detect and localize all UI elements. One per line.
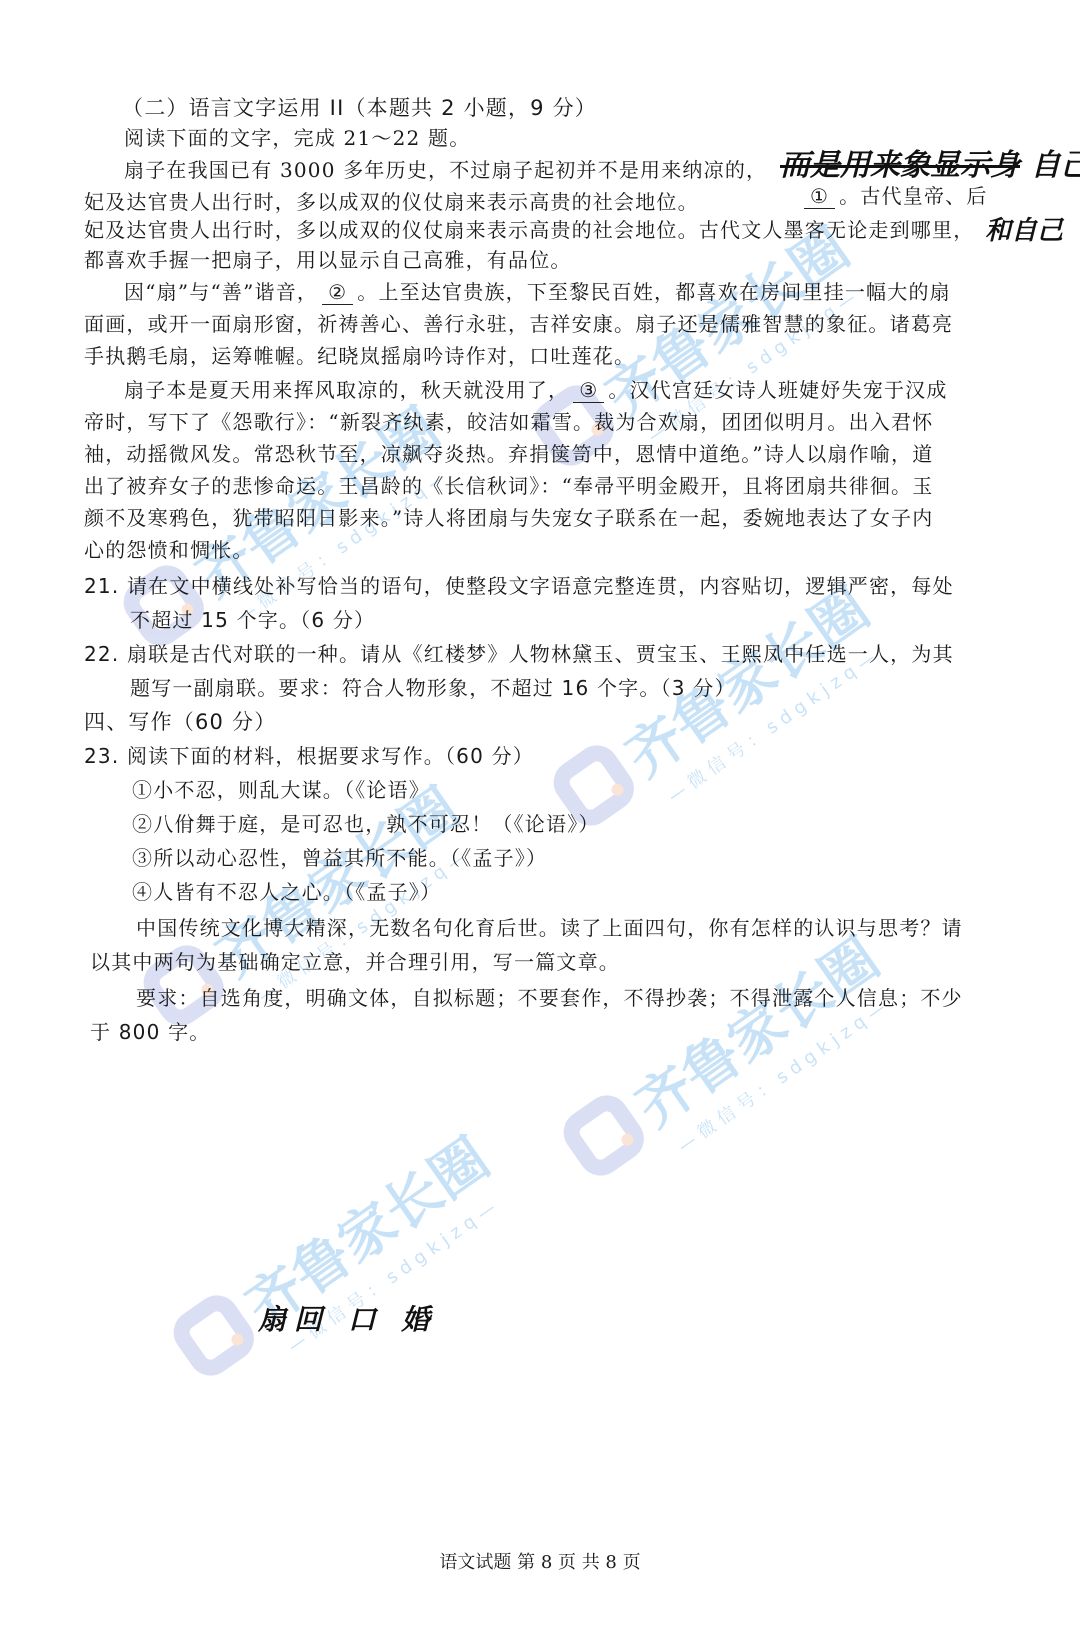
watermark-logo-icon [555, 1087, 652, 1184]
passage-line: 扇子在我国已有 3000 多年历史，不过扇子起初并不是用来纳凉的， [124, 154, 767, 183]
quote-4: ④人皆有不忍人之心。（《孟子》） [132, 876, 441, 905]
quote-2: ②八佾舞于庭，是可忍也，孰不可忍！（《论语》） [132, 808, 600, 837]
question-22-cont: 题写一副扇联。要求：符合人物形象，不超过 16 个字。（3 分） [130, 672, 736, 701]
passage-line: 面画，或开一面扇形窗，祈祷善心、善行永驻，吉祥安康。扇子还是儒雅智慧的象征。诸葛… [84, 308, 953, 337]
page-footer: 语文试题 第 8 页 共 8 页 [0, 1548, 1080, 1574]
passage-line: 颜不及寒鸦色，犹带昭阳日影来。”诗人将团扇与失宠女子联系在一起，委婉地表达了女子… [84, 502, 933, 531]
passage-line: 妃及达官贵人出行时，多以成双的仪仗扇来表示高贵的社会地位。古代文人墨客无论走到哪… [84, 186, 699, 215]
quote-3: ③所以动心忍性，曾益其所不能。（《孟子》） [132, 842, 547, 871]
passage-line: 帝时，写下了《怨歌行》：“新裂齐纨素，皎洁如霜雪。裁为合欢扇，团团似明月。出入君… [84, 406, 933, 435]
writing-requirements: 要求：自选角度，明确文体，自拟标题；不要套作，不得抄袭；不得泄露个人信息；不少 [136, 982, 963, 1011]
exam-page: 齐鲁家长圈 —微信号：sdgkjzq— 齐鲁家长圈 —微信号：sdgkjzq— … [0, 0, 1080, 1628]
writing-requirements-cont: 于 800 字。 [90, 1016, 211, 1045]
passage-line: ①。古代皇帝、后 [800, 180, 988, 209]
blank-2: ② [322, 280, 353, 305]
writing-prompt-cont: 以其中两句为基础确定立意，并合理引用，写一篇文章。 [90, 946, 620, 975]
passage-line: 都喜欢手握一把扇子，用以显示自己高雅，有品位。 [84, 244, 572, 273]
passage-line: 袖，动摇微风发。常恐秋节至，凉飙夺炎热。弃捐箧笥中，恩情中道绝。”诗人以扇作喻，… [84, 438, 933, 467]
question-21-cont: 不超过 15 个字。（6 分） [130, 604, 375, 633]
passage-line: 手执鹅毛扇，运筹帷幄。纪晓岚摇扇吟诗作对，口吐莲花。 [84, 340, 635, 369]
handwritten-scribble: 扇回 口 婚 [258, 1298, 438, 1338]
instruction: 阅读下面的文字，完成 21～22 题。 [124, 122, 470, 151]
writing-section-header: 四、写作（60 分） [84, 706, 276, 736]
handwritten-answer-1: 而是用来象显示身 自己 [780, 140, 1080, 184]
blank-1: ① [804, 184, 835, 209]
handwritten-margin-note: 和自己 [985, 210, 1063, 247]
blank-3: ③ [573, 378, 604, 403]
passage-line: 心的怨愤和惆怅。 [84, 534, 254, 563]
passage-line: 扇子本是夏天用来挥风取凉的，秋天就没用了，③。汉代宫廷女诗人班婕妤失宠于汉成 [124, 374, 948, 403]
writing-prompt: 中国传统文化博大精深，无数名句化育后世。读了上面四句，你有怎样的认识与思考？请 [136, 912, 963, 941]
question-23: 23. 阅读下面的材料，根据要求写作。（60 分） [84, 740, 534, 769]
passage-line: 出了被弃女子的悲惨命运。王昌龄的《长信秋词》：“奉帚平明金殿开，且将团扇共徘徊。… [84, 470, 933, 499]
section-header: （二）语言文字运用 II（本题共 2 小题，9 分） [122, 92, 597, 122]
question-22: 22. 扇联是古代对联的一种。请从《红楼梦》人物林黛玉、贾宝玉、王熙凤中任选一人… [84, 638, 954, 667]
watermark-logo-icon [165, 1287, 262, 1384]
passage-line: 妃及达官贵人出行时，多以成双的仪仗扇来表示高贵的社会地位。古代文人墨客无论走到哪… [84, 214, 974, 243]
question-21: 21. 请在文中横线处补写恰当的语句，使整段文字语意完整连贯，内容贴切，逻辑严密… [84, 570, 954, 599]
watermark: 齐鲁家长圈 —微信号：sdgkjzq— [162, 1116, 518, 1409]
passage-line: 因“扇”与“善”谐音，②。上至达官贵族，下至黎民百姓，都喜欢在房间里挂一幅大的扇 [124, 276, 951, 305]
quote-1: ①小不忍，则乱大谋。（《论语》 [132, 774, 430, 803]
